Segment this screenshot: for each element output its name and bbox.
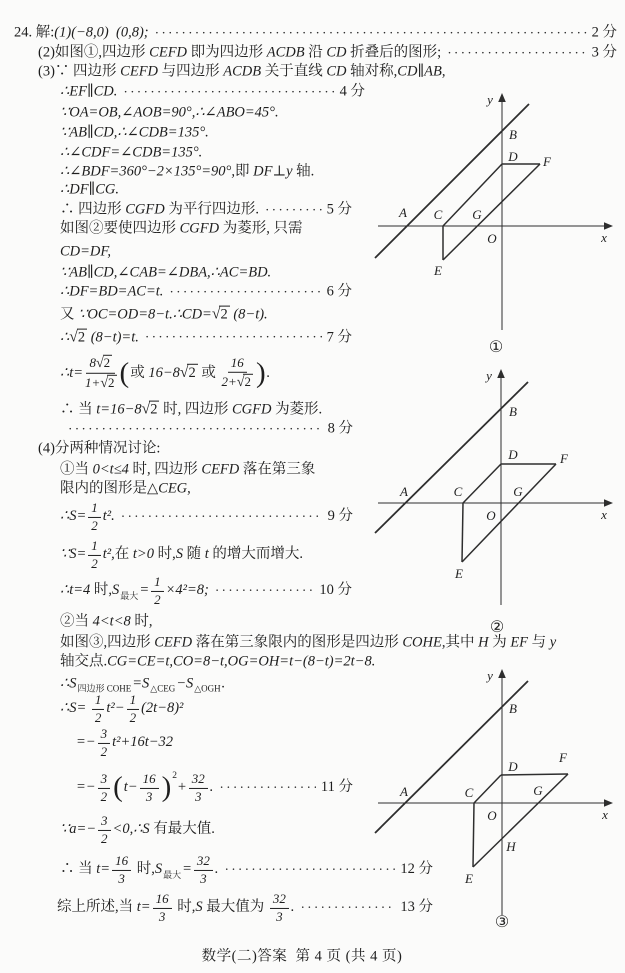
math-run: ∴t=4 (60, 582, 90, 599)
sqrt-expression: √2 (237, 373, 253, 390)
y-axis-label: y (484, 368, 492, 383)
solution-line: 如图②要使四边形 CGFD 为菱形, 只需 (60, 220, 302, 237)
math-run: −S (176, 675, 193, 692)
text-run: (4)分两种情况讨论: (38, 440, 160, 457)
fraction-denominator: 3 (276, 909, 283, 925)
dot-leader: ········································… (123, 84, 334, 100)
math-run: ∴t= (60, 364, 83, 381)
text-run: 时, (131, 613, 153, 630)
text-run: (3)∵ 四边形 (38, 63, 120, 80)
fraction: 323 (189, 772, 208, 804)
text-run: ∴ 当 (60, 861, 96, 878)
math-run: CGFD (232, 401, 271, 418)
math-run: 1+ (85, 376, 100, 391)
score-badge: 5 分 (327, 201, 352, 218)
math-run: 1 (130, 693, 137, 708)
fraction-denominator: 2 (91, 556, 98, 572)
math-run: S (176, 546, 183, 563)
math-run: 4<t<8 (93, 613, 131, 630)
fraction: 12 (127, 693, 140, 725)
math-run: 1 (95, 693, 102, 708)
point-label-D: D (507, 447, 518, 462)
y-axis-arrow-icon (497, 369, 505, 378)
solution-line: ········································… (62, 420, 353, 437)
math-run: (8−t). (230, 306, 268, 323)
math-run: 2 (130, 711, 137, 726)
radicand: 2 (107, 375, 117, 391)
fraction-denominator: 2+√2 (221, 372, 252, 390)
dot-leader: ········································… (145, 330, 322, 346)
math-run: CG=CE=t,CO=8−t,OG=OH=t−(8−t)=2t−8. (107, 653, 375, 670)
line-AB (375, 104, 529, 258)
dot-leader: ········································… (225, 862, 396, 878)
radicand: 2 (219, 306, 229, 324)
text-run: 随 (183, 546, 205, 563)
text-run: 时, (90, 582, 112, 599)
math-run: S (112, 582, 119, 599)
radicand: 2 (103, 355, 113, 371)
point-label-O: O (487, 808, 497, 823)
math-run: CD (326, 44, 346, 61)
math-run: ∴EF∥CD. (60, 83, 117, 100)
text-run: 折叠后的图形; (347, 44, 442, 61)
solution-line: ∴∠BDF=360°−2×135°=90°,即 DF⊥y 轴. (60, 163, 314, 180)
math-run: CEFD (154, 634, 192, 651)
point-label-G: G (472, 207, 482, 222)
text-run: 24. 解: (14, 24, 54, 41)
quad-edge (463, 464, 501, 503)
math-run: . (210, 779, 214, 796)
text-run: , (187, 480, 191, 497)
dot-leader: ········································… (68, 421, 323, 437)
fraction: 163 (112, 854, 131, 886)
dot-leader: ········································… (121, 509, 323, 525)
score-badge: 7 分 (327, 329, 352, 346)
y-axis-label: y (485, 668, 493, 683)
math-run: 16 (115, 854, 128, 869)
dot-leader: ········································… (215, 583, 315, 599)
math-run: 0<t≤4 (93, 461, 129, 478)
text-run: (2)如图①,四边形 (38, 44, 149, 61)
text-run: 与四边形 (158, 63, 223, 80)
solution-line: ∴t=4 时,S最大=12×4²=8;·····················… (60, 575, 352, 607)
fraction: 162+√2 (221, 356, 252, 390)
text-run: 限内的图形是 (60, 480, 147, 497)
line-AB (375, 681, 528, 833)
fraction: 12 (151, 575, 164, 607)
fraction-denominator: 3 (146, 789, 153, 805)
fraction-numerator: 3 (98, 772, 111, 789)
fraction: 12 (92, 693, 105, 725)
text-run: ∴ 四边形 (60, 201, 125, 218)
math-run: 2 (101, 790, 108, 805)
exam-answer-page: 数学(二)答案 第 4 页 (共 4 页) 24. 解:(1)(−8,0) (0… (0, 0, 625, 973)
fraction-denominator: 2 (154, 592, 161, 608)
score-badge: 8 分 (328, 420, 353, 437)
score-badge: 6 分 (327, 283, 352, 300)
subscript: △OGH (194, 684, 220, 695)
math-run: . (215, 861, 219, 878)
x-axis-arrow-icon (604, 499, 613, 507)
line-AB (375, 382, 528, 533)
math-run: = (139, 582, 149, 599)
point-label-B: B (509, 127, 517, 142)
dot-leader: ········································… (447, 45, 586, 61)
sqrt-expression: √2 (100, 375, 116, 392)
math-run: ∴∠BDF=360°−2×135°=90°, (60, 163, 235, 180)
sqrt-expression: √2 (212, 306, 230, 325)
math-run: ∴S= (60, 508, 86, 525)
math-run: 3 (101, 772, 108, 787)
subscript: 最大 (120, 591, 138, 602)
score-badge: 3 分 (592, 44, 617, 61)
solution-line: ∴S= 12t²−12(2t−8)² (60, 693, 183, 725)
text-run: 时, 四边形 (129, 461, 202, 478)
math-run: CGFD (180, 220, 219, 237)
fraction-numerator: 16 (140, 772, 159, 789)
text-run: 时, (133, 861, 155, 878)
math-run: ∵a=− (60, 821, 96, 838)
figure-1: xyABCDFGOE① (373, 88, 621, 363)
math-run: (2t−8)² (141, 700, 183, 717)
quad-edge (473, 803, 474, 867)
point-label-A: A (398, 205, 407, 220)
solution-line: ∴EF∥CD.·································… (60, 83, 365, 100)
math-run: t=16−8 (96, 401, 141, 418)
text-run: 即 (235, 163, 253, 180)
math-run: 1 (91, 501, 98, 516)
quad-edge (474, 775, 501, 803)
fraction-numerator: 3 (98, 727, 111, 744)
math-run: (8−t)=t. (87, 329, 139, 346)
math-run: t− (124, 779, 138, 796)
math-run: =− (76, 779, 96, 796)
text-run: 或 (130, 364, 148, 381)
fraction-numerator: 1 (127, 693, 140, 710)
fraction-numerator: 1 (151, 575, 164, 592)
solution-line: ∴DF∥CG. (60, 181, 119, 198)
math-run: CEFD (201, 461, 239, 478)
math-run: = (182, 861, 192, 878)
math-run: ACDB (223, 63, 261, 80)
solution-line: ∵S=12t²,在 t>0 时,S 随 t 的增大而增大. (60, 539, 303, 571)
big-paren: ( (113, 776, 123, 799)
text-run: 时, 四边形 (159, 401, 232, 418)
sqrt-expression: √2 (180, 364, 198, 383)
fraction-numerator: 32 (194, 854, 213, 871)
text-run: 沿 (305, 44, 327, 61)
math-run: 32 (273, 892, 286, 907)
dot-leader: ········································… (169, 284, 321, 300)
math-run: 1 (154, 575, 161, 590)
math-run: DF⊥y (253, 163, 292, 180)
math-run: . (222, 675, 226, 692)
point-label-C: C (454, 484, 463, 499)
score-badge: 9 分 (328, 508, 353, 525)
math-run: CEFD (149, 44, 187, 61)
point-label-O: O (487, 231, 497, 246)
math-run: 3 (101, 814, 108, 829)
fraction-denominator: 3 (118, 871, 125, 887)
text-run: , (442, 63, 446, 80)
math-run: △CEG (147, 480, 187, 497)
sqrt-expression: √2 (96, 355, 112, 372)
dot-leader: ········································… (265, 202, 322, 218)
math-run: 2 (154, 593, 161, 608)
figure-caption: ① (489, 339, 503, 356)
figure-caption: ③ (495, 914, 509, 931)
quad-edge (462, 503, 463, 562)
text-run: 为菱形, 只需 (219, 220, 302, 237)
fraction-denominator: 3 (195, 789, 202, 805)
math-run: =S (132, 675, 149, 692)
math-run: 1 (91, 539, 98, 554)
sqrt-expression: √2 (69, 329, 87, 348)
math-run: 3 (195, 790, 202, 805)
fraction-numerator: 16 (228, 356, 247, 373)
math-run: CD (326, 63, 346, 80)
text-run: 在 (115, 546, 133, 563)
math-run: 16 (156, 892, 169, 907)
text-run: 即为四边形 (187, 44, 267, 61)
math-run: t²− (106, 700, 124, 717)
fraction-denominator: 3 (200, 871, 207, 887)
point-label-E: E (454, 566, 463, 581)
text-run: ∴ 当 (60, 401, 96, 418)
fraction-numerator: 16 (153, 892, 172, 909)
big-paren: ( (120, 361, 130, 384)
solution-line: 限内的图形是△CEG, (60, 480, 191, 497)
text-run: 时, (154, 546, 176, 563)
text-run: 最大值为 (203, 899, 268, 916)
y-axis-arrow-icon (498, 93, 506, 102)
point-label-F: F (559, 451, 569, 466)
point-label-C: C (434, 207, 443, 222)
math-run: ∴DF∥CG. (60, 181, 119, 198)
figure-3: xyABCDFGHOE③ (373, 660, 621, 931)
math-run: t². (103, 508, 115, 525)
math-run: t²+16t−32 (112, 734, 173, 751)
fraction-numerator: 1 (88, 539, 101, 556)
point-label-E: E (464, 871, 473, 886)
fraction-denominator: 2 (101, 744, 108, 760)
sqrt-expression: √2 (142, 401, 160, 420)
fraction-numerator: 16 (112, 854, 131, 871)
math-run: 32 (192, 772, 205, 787)
solution-line: =−32(t−163)2+323.·······················… (76, 772, 353, 804)
math-run: 3 (101, 727, 108, 742)
math-run: 2 (95, 711, 102, 726)
dot-leader: ········································… (219, 780, 315, 796)
fraction: 12 (88, 501, 101, 533)
math-run: . (291, 899, 295, 916)
text-run: 落在第三象限内的图形是四边形 (192, 634, 402, 651)
solution-line: ∴S四边形 COHE=S△CEG−S△OGH. (60, 675, 225, 692)
score-badge: 2 分 (592, 24, 617, 41)
math-run: 16−8 (148, 364, 180, 381)
math-run: CEFD (120, 63, 158, 80)
solution-line: 又 ∵OC=OD=8−t.∴CD=√2 (8−t). (60, 306, 268, 325)
math-run: 3 (159, 910, 166, 925)
radicand: 2 (187, 364, 197, 382)
fraction-numerator: 32 (189, 772, 208, 789)
radicand: 2 (149, 401, 159, 419)
figure-caption: ② (490, 619, 504, 636)
x-axis-label: x (601, 807, 608, 822)
point-label-D: D (507, 149, 518, 164)
point-label-C: C (465, 785, 474, 800)
solution-line: ∴S=12t².································… (60, 501, 353, 533)
math-run: S (155, 861, 162, 878)
text-run: ②当 (60, 613, 93, 630)
solution-line: ∵a=−32<0,∴S 有最大值. (60, 814, 215, 846)
math-run: ∵OC=OD=8−t.∴CD= (78, 306, 212, 323)
math-run: =− (76, 734, 96, 751)
solution-line: ②当 4<t<8 时, (60, 613, 152, 630)
fraction: 32 (98, 814, 111, 846)
point-label-G: G (533, 783, 543, 798)
text-run: 落在第三象 (239, 461, 315, 478)
math-run: t= (137, 899, 151, 916)
text-run: 如图③,四边形 (60, 634, 154, 651)
math-run: 16 (231, 356, 244, 371)
text-run: 轴交点. (60, 653, 107, 670)
math-run: 3 (276, 910, 283, 925)
solution-line: 24. 解:(1)(−8,0) (0,8);··················… (14, 24, 617, 41)
fraction: 32 (98, 772, 111, 804)
fraction: 8√21+√2 (85, 355, 116, 391)
solution-line: ∴ 当 t=16−8√2 时, 四边形 CGFD 为菱形. (60, 401, 322, 420)
big-paren: ) (256, 361, 266, 384)
fraction: 163 (153, 892, 172, 924)
point-label-H: H (505, 839, 516, 854)
math-run: ∴∠CDF=∠CDB=135°. (60, 144, 202, 161)
point-label-B: B (509, 701, 517, 716)
text-run: 有最大值. (150, 821, 215, 838)
fraction-numerator: 32 (270, 892, 289, 909)
score-badge: 11 分 (321, 779, 353, 796)
point-label-F: F (542, 154, 552, 169)
y-axis-label: y (485, 92, 493, 107)
math-run: 2 (101, 832, 108, 847)
x-axis-label: x (600, 230, 607, 245)
math-run: <0,∴S (113, 821, 150, 838)
solution-line: =−32t²+16t−32 (76, 727, 173, 759)
text-run: 轴. (293, 163, 315, 180)
math-run: 32 (197, 854, 210, 869)
fraction-denominator: 1+√2 (85, 374, 116, 392)
fraction-denominator: 2 (91, 518, 98, 534)
x-axis-arrow-icon (604, 799, 613, 807)
solution-line: ∴ 四边形 CGFD 为平行四边形.······················… (60, 201, 352, 218)
math-run: ×4²=8; (166, 582, 209, 599)
math-run: CD=DF, (60, 243, 111, 260)
quad-edge (501, 774, 568, 775)
solution-line: ∴√2 (8−t)=t.····························… (60, 329, 352, 348)
point-label-A: A (399, 484, 408, 499)
math-run: ACDB (267, 44, 305, 61)
fraction-numerator: 3 (98, 814, 111, 831)
fraction: 323 (270, 892, 289, 924)
math-run: 3 (146, 790, 153, 805)
math-run: CD∥AB (397, 63, 442, 80)
math-run: CGFD (125, 201, 164, 218)
math-run: ∵AB∥CD,∠CAB=∠DBA,∴AC=BD. (60, 264, 271, 281)
fraction-denominator: 2 (95, 710, 102, 726)
math-run: 2 (91, 557, 98, 572)
solution-line: CD=DF, (60, 243, 111, 260)
solution-line: ∵OA=OB,∠AOB=90°,∴∠ABO=45°. (60, 104, 279, 121)
radicand: 2 (243, 373, 253, 389)
dot-leader: ········································… (155, 25, 587, 41)
math-run: ∴DF=BD=AC=t. (60, 283, 163, 300)
math-run: t>0 (133, 546, 154, 563)
fraction-numerator: 8√2 (86, 355, 115, 374)
fraction: 12 (88, 539, 101, 571)
text-run: 或 (198, 364, 220, 381)
superscript: 2 (172, 771, 177, 782)
fraction-numerator: 1 (88, 501, 101, 518)
x-axis-arrow-icon (604, 222, 613, 230)
math-run: 3 (118, 872, 125, 887)
fraction: 163 (140, 772, 159, 804)
text-run: 关于直线 (261, 63, 326, 80)
math-run: 2+ (221, 374, 236, 389)
text-run: 轴对称, (347, 63, 398, 80)
solution-line: (2)如图①,四边形 CEFD 即为四边形 ACDB 沿 CD 折叠后的图形;·… (38, 44, 617, 61)
math-run: + (177, 779, 187, 796)
point-label-O: O (486, 508, 496, 523)
figure-2: xyABCDFGOE② (373, 363, 621, 639)
math-run: ∵OA=OB,∠AOB=90°,∴∠ABO=45°. (60, 104, 279, 121)
math-run: 3 (200, 872, 207, 887)
math-run: t², (103, 546, 115, 563)
math-run: ∴ (60, 329, 69, 346)
big-paren: ) (162, 776, 172, 799)
score-badge: 10 分 (319, 582, 352, 599)
point-label-B: B (509, 404, 517, 419)
math-run: ∴S= (60, 700, 90, 717)
text-run: 如图②要使四边形 (60, 220, 180, 237)
radicand: 2 (77, 329, 87, 347)
text-run: 时, (174, 899, 196, 916)
math-run: . (267, 364, 271, 381)
text-run: 为菱形. (271, 401, 322, 418)
solution-line: ∴DF=BD=AC=t.····························… (60, 283, 352, 300)
fraction-denominator: 3 (159, 909, 166, 925)
math-run: ∵S= (60, 546, 86, 563)
fraction-denominator: 2 (130, 710, 137, 726)
subscript: 最大 (163, 870, 181, 881)
math-run: t= (96, 861, 110, 878)
math-run: 2 (91, 519, 98, 534)
x-axis-label: x (600, 507, 607, 522)
text-run: 为平行四边形. (165, 201, 259, 218)
solution-line: ∴t=8√21+√2(或 16−8√2 或 162+√2). (60, 355, 270, 391)
point-label-E: E (433, 263, 442, 278)
y-axis-arrow-icon (498, 669, 506, 678)
solution-line: ∵AB∥CD,∠CAB=∠DBA,∴AC=BD. (60, 264, 271, 281)
point-label-A: A (399, 784, 408, 799)
solution-line: ①当 0<t≤4 时, 四边形 CEFD 落在第三象 (60, 461, 315, 478)
fraction: 323 (194, 854, 213, 886)
math-run: (1)(−8,0) (0,8); (54, 24, 148, 41)
math-run: ∵AB∥CD,∴∠CDB=135°. (60, 124, 209, 141)
math-run: ∴S (60, 675, 76, 692)
page-footer: 数学(二)答案 第 4 页 (共 4 页) (202, 945, 403, 966)
solution-line: (4)分两种情况讨论: (38, 440, 160, 457)
math-run: 16 (143, 772, 156, 787)
